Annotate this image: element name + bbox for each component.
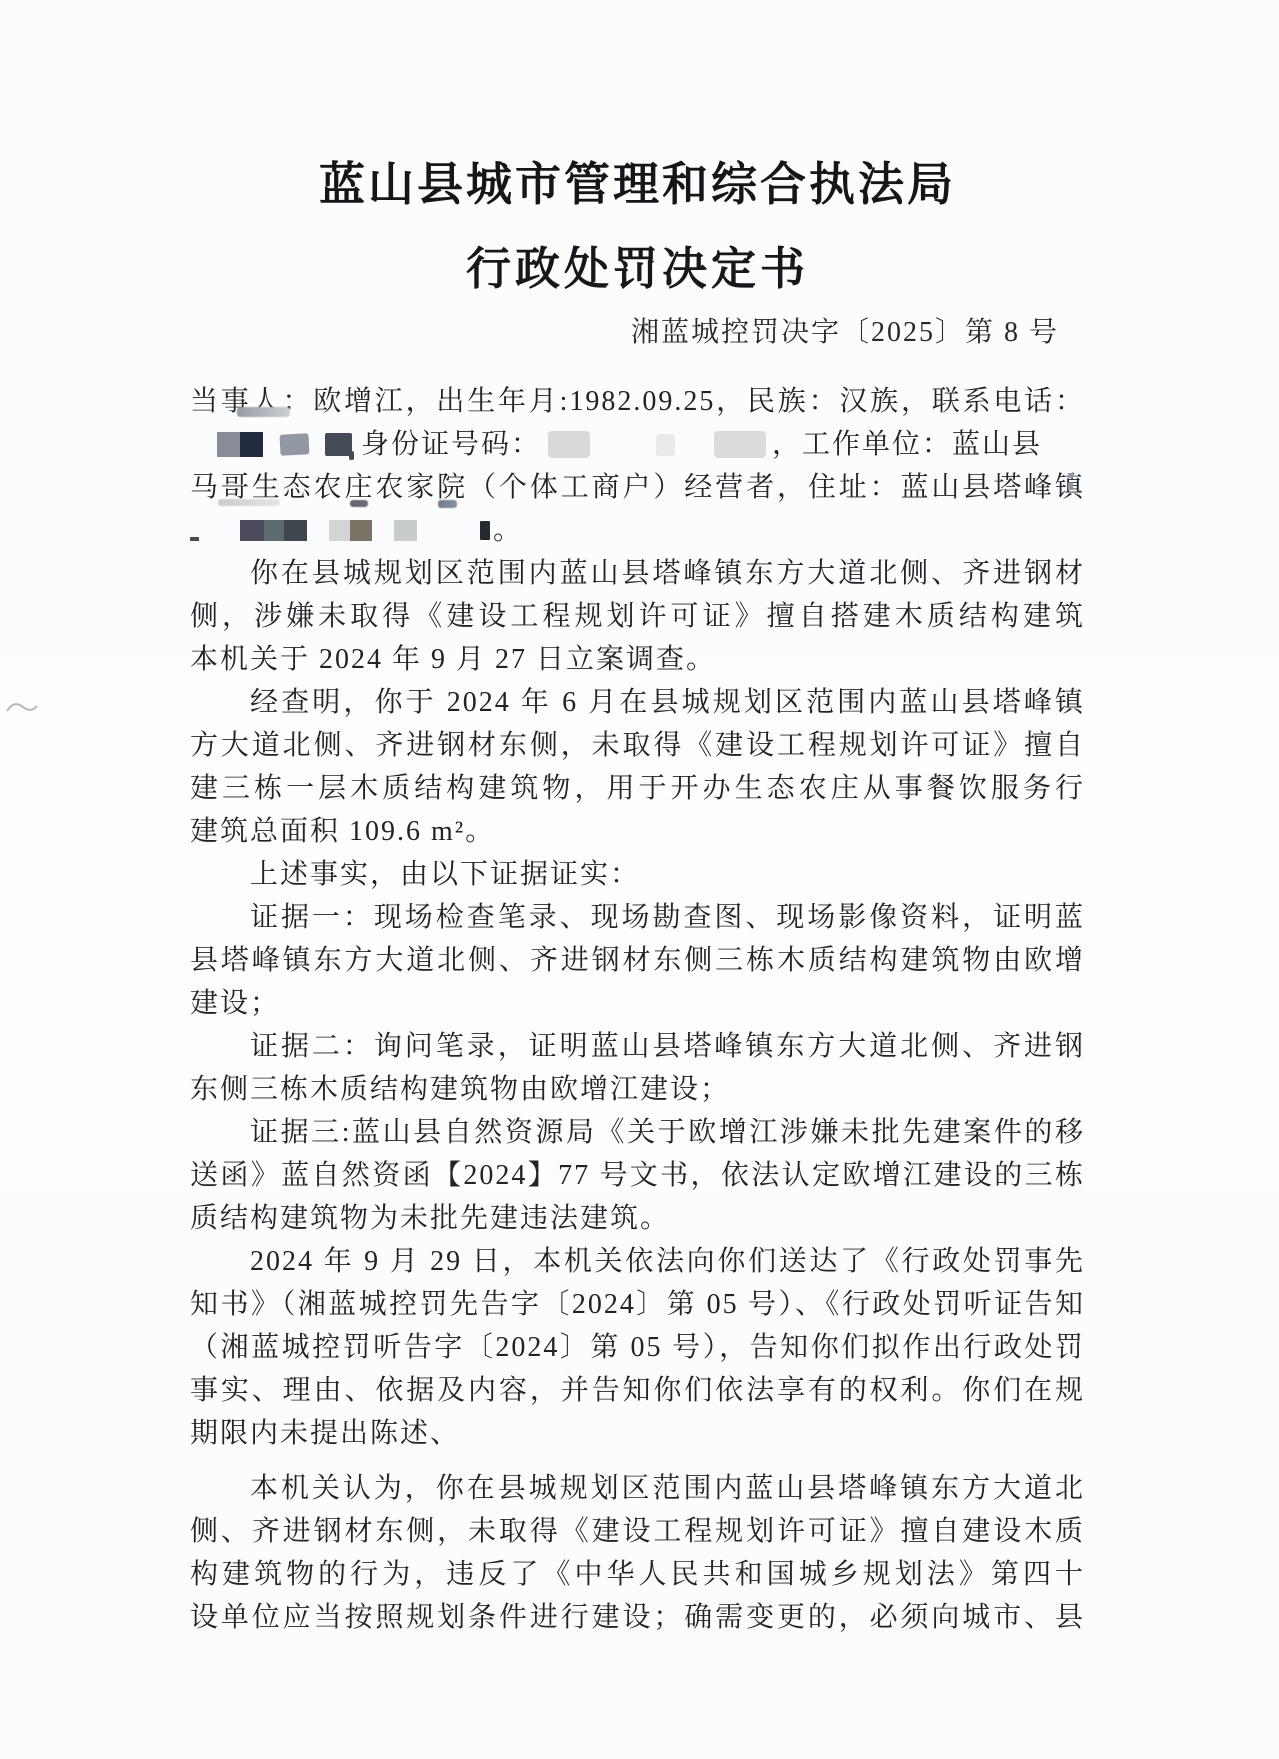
body-line: 期限内未提出陈述、 [190, 1412, 1085, 1455]
spacer [590, 444, 656, 445]
body-text: 。 [493, 509, 523, 552]
redaction-block [264, 520, 284, 541]
body-line: 证据二：询问笔录，证明蓝山县塔峰镇东方大道北侧、齐进钢材 [190, 1025, 1085, 1068]
underline-smudge-addr-1 [218, 499, 280, 506]
underline-smudge-addr-3 [438, 500, 457, 508]
spacer [307, 530, 329, 531]
redaction-block [190, 537, 199, 541]
body-line: 送函》蓝自然资函【2024】77 号文书，依法认定欧增江建设的三栋木 [190, 1154, 1085, 1197]
underline-smudge-name [237, 407, 290, 417]
body-line: （湘蓝城控罚听告字〔2024〕第 05 号），告知你们拟作出行政处罚决定的 [190, 1326, 1085, 1369]
body-line: 侧、齐进钢材东侧，未取得《建设工程规划许可证》擅自建设木质结 [190, 1510, 1085, 1553]
redaction-block [325, 433, 352, 456]
redaction-block [394, 520, 417, 541]
spacer [675, 444, 714, 445]
body-line: 建设； [190, 982, 1085, 1025]
spacer [417, 530, 480, 531]
spacer [199, 530, 240, 531]
redaction-block [548, 431, 590, 458]
body-line: 东侧三栋木质结构建筑物由欧增江建设； [190, 1068, 1085, 1111]
addr-tail-mark [1068, 473, 1073, 490]
redaction-block [240, 432, 263, 457]
body-line: 质结构建筑物为未批先建违法建筑。 [190, 1197, 1085, 1240]
body-line: 你在县城规划区范围内蓝山县塔峰镇东方大道北侧、齐进钢材东 [190, 552, 1085, 595]
body-line: 证据三:蓝山县自然资源局《关于欧增江涉嫌未批先建案件的移 [190, 1111, 1085, 1154]
body-line: 2024 年 9 月 29 日，本机关依法向你们送达了《行政处罚事先告 [190, 1240, 1085, 1283]
document-body: 当事人：欧增江，出生年月:1982.09.25，民族：汉族，联系电话：身份证号码… [190, 380, 1085, 1639]
spacer [190, 444, 217, 445]
body-line: 证据一：现场检查笔录、现场勘查图、现场影像资料，证明蓝山 [190, 896, 1085, 939]
body-line: 构建筑物的行为，违反了《中华人民共和国城乡规划法》第四十三“建 [190, 1553, 1085, 1596]
redaction-block [279, 433, 309, 455]
spacer [541, 444, 548, 445]
body-line: 马哥生态农庄农家院（个体工商户）经营者，住址：蓝山县塔峰镇三 [190, 466, 1085, 509]
body-line: 上述事实，由以下证据证实： [190, 853, 1085, 896]
body-line: 事实、理由、依据及内容，并告知你们依法享有的权利。你们在规定 [190, 1369, 1085, 1412]
redaction-block [480, 521, 490, 540]
body-line: 方大道北侧、齐进钢材东侧，未取得《建设工程规划许可证》擅自搭 [190, 724, 1085, 767]
spacer [309, 444, 325, 445]
spacer [372, 530, 394, 531]
body-line: 。 [190, 509, 1085, 552]
body-line: 县塔峰镇东方大道北侧、齐进钢材东侧三栋木质结构建筑物由欧增江 [190, 939, 1085, 982]
document-type-title: 行政处罚决定书 [190, 242, 1085, 296]
body-text: 身份证号码： [361, 423, 541, 466]
redaction-block [350, 520, 372, 541]
redaction-block [349, 451, 354, 460]
margin-squiggle [5, 697, 39, 717]
body-line: 本机关认为，你在县城规划区范围内蓝山县塔峰镇东方大道北 [190, 1467, 1085, 1510]
body-line: 知书》（湘蓝城控罚先告字〔2024〕第 05 号）、《行政处罚听证告知书》 [190, 1283, 1085, 1326]
document-page: 蓝山县城市管理和综合执法局 行政处罚决定书 湘蓝城控罚决字〔2025〕第 8 号… [0, 0, 1279, 1759]
agency-title: 蓝山县城市管理和综合执法局 [190, 158, 1085, 212]
body-line: 当事人：欧增江，出生年月:1982.09.25，民族：汉族，联系电话： [190, 380, 1085, 423]
spacer [354, 444, 361, 445]
redaction-block [714, 431, 766, 458]
redaction-block [284, 520, 307, 541]
body-line: 建三栋一层木质结构建筑物，用于开办生态农庄从事餐饮服务行业； [190, 767, 1085, 810]
redaction-block [329, 520, 350, 541]
body-line: 经查明，你于 2024 年 6 月在县城规划区范围内蓝山县塔峰镇东 [190, 681, 1085, 724]
document-number: 湘蓝城控罚决字〔2025〕第 8 号 [190, 311, 1059, 354]
redaction-block [217, 432, 240, 457]
spacer [263, 444, 280, 445]
body-line: 本机关于 2024 年 9 月 27 日立案调查。 [190, 638, 1085, 681]
body-line: 建筑总面积 109.6 m²。 [190, 810, 1085, 853]
underline-smudge-addr-2 [350, 500, 368, 507]
body-line: 侧，涉嫌未取得《建设工程规划许可证》擅自搭建木质结构建筑物， [190, 595, 1085, 638]
body-line: 身份证号码：，工作单位：蓝山县 [190, 423, 1085, 466]
body-text: ，工作单位：蓝山县 [772, 423, 1042, 466]
redaction-block [656, 434, 675, 456]
body-line: 设单位应当按照规划条件进行建设；确需变更的，必须向城市、县人 [190, 1596, 1085, 1639]
redaction-block [240, 520, 264, 541]
